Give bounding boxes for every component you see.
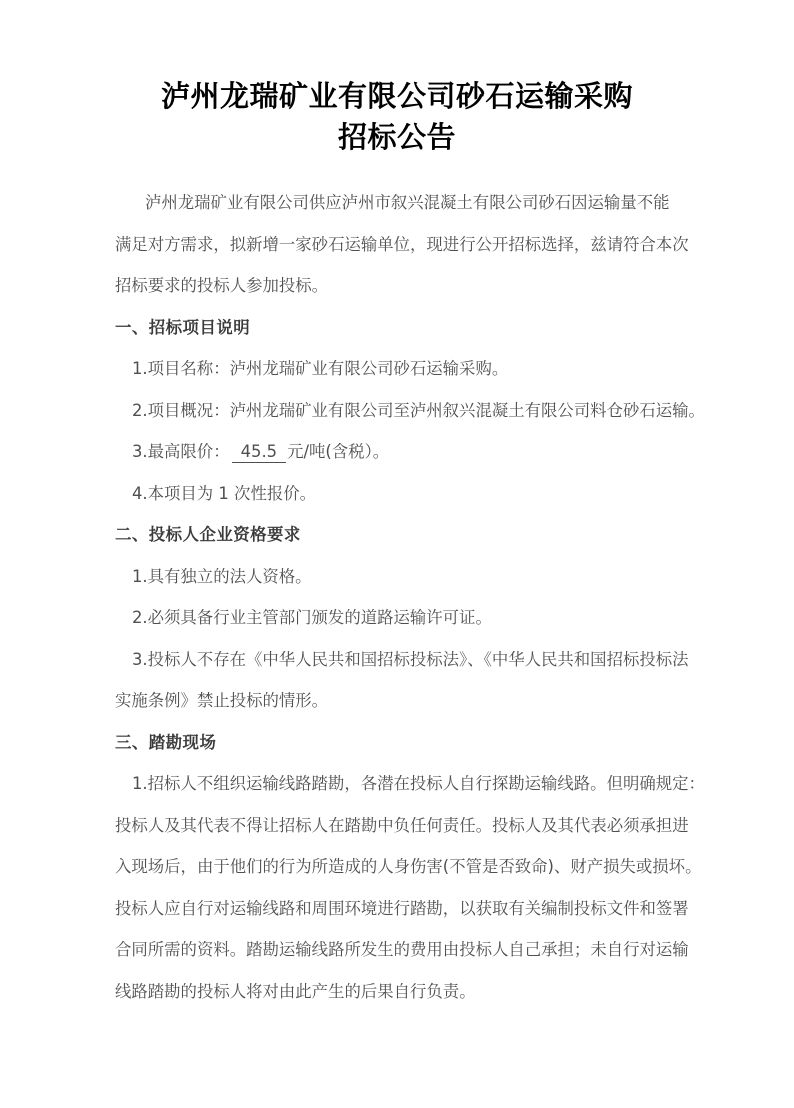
section-3-paragraph-line-3: 入现场后，由于他们的行为所造成的人身伤害(不管是否致命)、财产损失或损坏。 <box>115 846 679 888</box>
document-page: 泸州龙瑞矿业有限公司砂石运输采购 招标公告 泸州龙瑞矿业有限公司供应泸州市叙兴混… <box>0 0 794 1108</box>
section-2-item-3-line-1: 3.投标人不存在《中华人民共和国招标投标法》、《中华人民共和国招标投标法 <box>115 639 679 681</box>
document-title: 泸州龙瑞矿业有限公司砂石运输采购 招标公告 <box>115 0 679 158</box>
section-2-item-3-line-2: 实施条例》禁止投标的情形。 <box>115 680 679 722</box>
section-2: 二、投标人企业资格要求 1.具有独立的法人资格。 2.必须具备行业主管部门颁发的… <box>115 514 679 722</box>
section-3-paragraph-line-5: 合同所需的资料。踏勘运输线路所发生的费用由投标人自己承担；未自行对运输 <box>115 929 679 971</box>
section-3-paragraph-line-1: 1.招标人不组织运输线路踏勘，各潜在投标人自行探勘运输线路。但明确规定： <box>115 763 679 805</box>
section-3-paragraph-line-6: 线路踏勘的投标人将对由此产生的后果自行负责。 <box>115 971 679 1013</box>
intro-paragraph-line-2: 满足对方需求，拟新增一家砂石运输单位，现进行公开招标选择，兹请符合本次 <box>115 224 679 266</box>
section-2-item-2: 2.必须具备行业主管部门颁发的道路运输许可证。 <box>115 597 679 639</box>
section-3-heading: 三、踏勘现场 <box>115 722 679 764</box>
document-body: 泸州龙瑞矿业有限公司供应泸州市叙兴混凝土有限公司砂石因运输量不能 满足对方需求，… <box>115 182 679 1012</box>
document-title-line-2: 招标公告 <box>115 117 679 158</box>
section-1-item-2: 2.项目概况：泸州龙瑞矿业有限公司至泸州叙兴混凝土有限公司料仓砂石运输。 <box>115 390 679 432</box>
section-3-paragraph-line-2: 投标人及其代表不得让招标人在踏勘中负任何责任。投标人及其代表必须承担进 <box>115 805 679 847</box>
max-price-value-underlined: 45.5 <box>232 442 287 463</box>
intro-paragraph-line-3: 招标要求的投标人参加投标。 <box>115 265 679 307</box>
section-1-item-4: 4.本项目为 1 次性报价。 <box>115 473 679 515</box>
section-1-heading: 一、招标项目说明 <box>115 307 679 349</box>
document-content: 泸州龙瑞矿业有限公司砂石运输采购 招标公告 泸州龙瑞矿业有限公司供应泸州市叙兴混… <box>0 0 679 1012</box>
section-3: 三、踏勘现场 1.招标人不组织运输线路踏勘，各潜在投标人自行探勘运输线路。但明确… <box>115 722 679 1013</box>
section-3-paragraph-line-4: 投标人应自行对运输线路和周围环境进行踏勘，以获取有关编制投标文件和签署 <box>115 888 679 930</box>
max-price-unit: 元/吨(含税）。 <box>287 442 389 461</box>
intro-paragraph: 泸州龙瑞矿业有限公司供应泸州市叙兴混凝土有限公司砂石因运输量不能 满足对方需求，… <box>115 182 679 307</box>
max-price-label: 3.最高限价： <box>132 442 230 461</box>
section-1-item-1: 1.项目名称：泸州龙瑞矿业有限公司砂石运输采购。 <box>115 348 679 390</box>
document-title-line-1: 泸州龙瑞矿业有限公司砂石运输采购 <box>115 76 679 117</box>
section-2-item-1: 1.具有独立的法人资格。 <box>115 556 679 598</box>
section-1: 一、招标项目说明 1.项目名称：泸州龙瑞矿业有限公司砂石运输采购。 2.项目概况… <box>115 307 679 515</box>
section-2-heading: 二、投标人企业资格要求 <box>115 514 679 556</box>
intro-paragraph-line-1: 泸州龙瑞矿业有限公司供应泸州市叙兴混凝土有限公司砂石因运输量不能 <box>115 182 679 224</box>
section-1-item-3: 3.最高限价：45.5元/吨(含税）。 <box>115 431 679 473</box>
